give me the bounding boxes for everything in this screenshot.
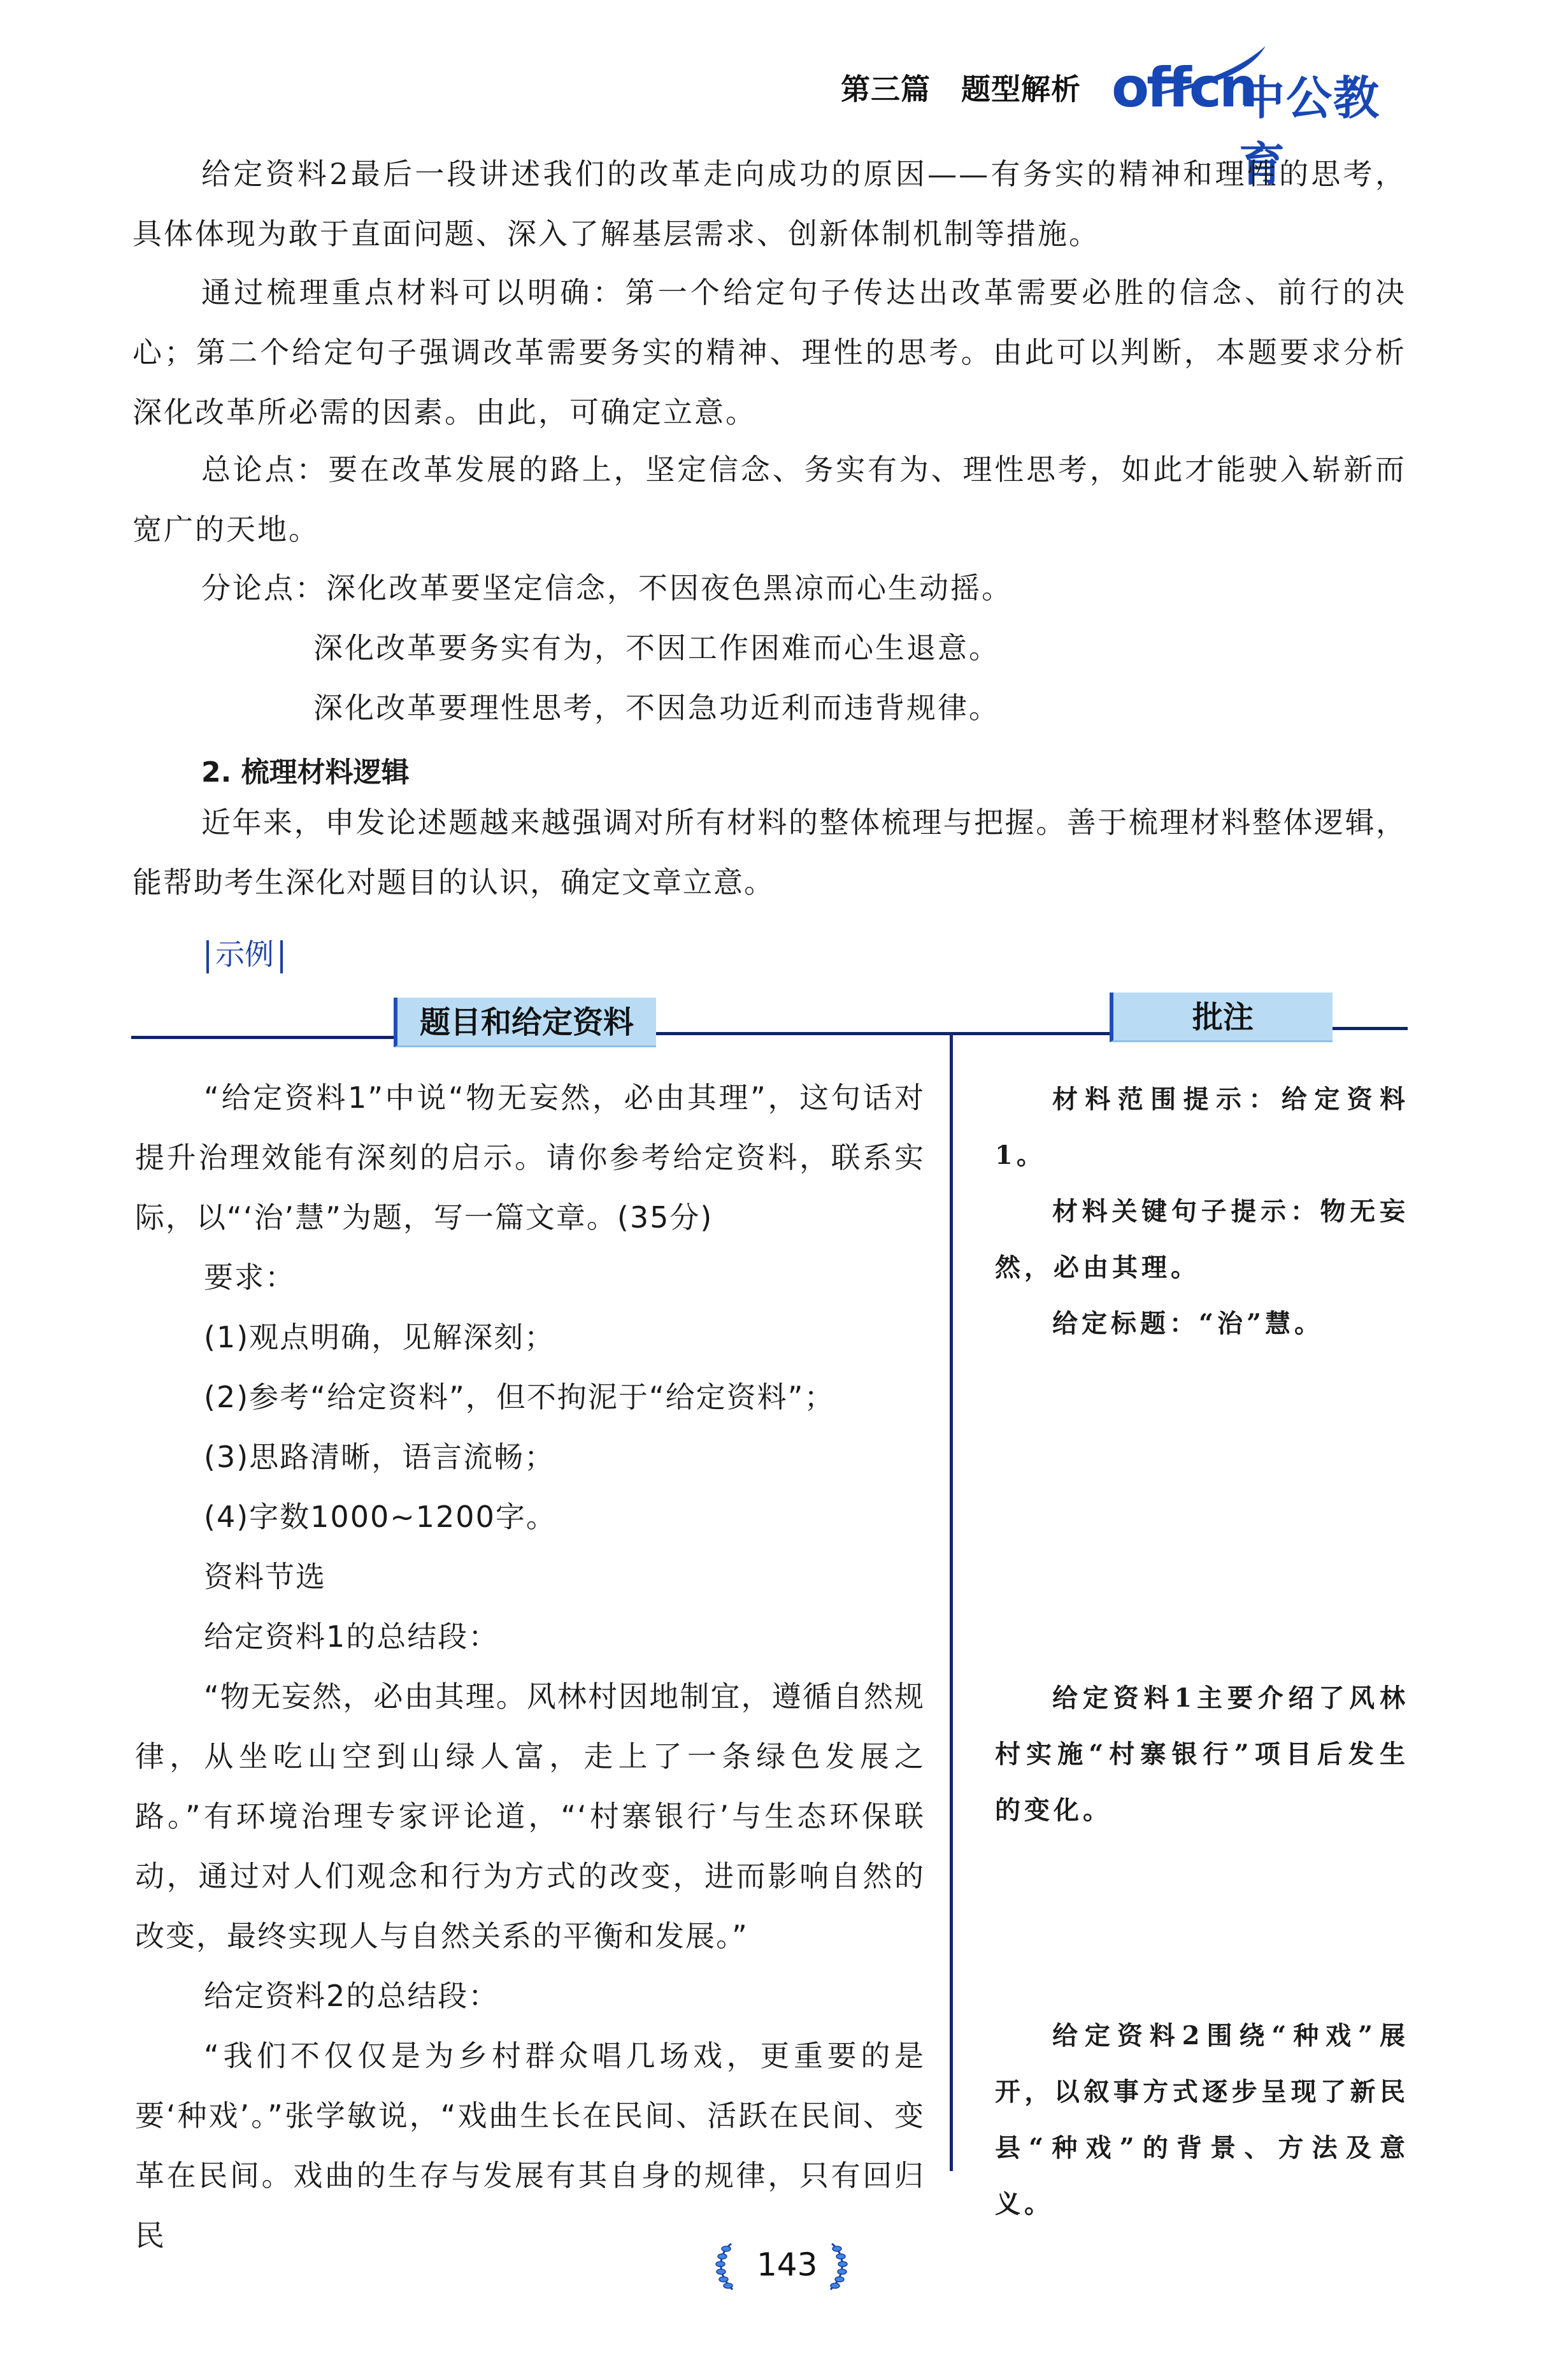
material-1-title: 给定资料1的总结段： [135,1607,925,1667]
header-rule-left [131,1036,394,1039]
column-divider [950,1032,953,2171]
requirements-title: 要求： [135,1247,925,1307]
section-label: 题型解析 [961,72,1081,106]
section-heading: 2. 梳理材料逻辑 [201,749,410,790]
example-label: 示例 [200,931,289,973]
main-thesis: 总论点：要在改革发展的路上，坚定信念、务实有为、理性思考，如此才能驶入崭新而宽广… [132,440,1406,559]
example-label-text: 示例 [215,937,274,971]
material-2-title: 给定资料2的总结段： [135,1966,925,2026]
material-2-text: “我们不仅仅是为乡村群众唱几场戏，更重要的是要‘种戏’。”张学敏说，“戏曲生长在… [135,2026,925,2265]
sub-point-2: 深化改革要务实有为，不因工作困难而心生退意。 [313,618,1000,678]
tab-annotation: 批注 [1110,993,1333,1042]
laurel-left-icon [712,2241,738,2292]
header-rule-middle [656,1032,1110,1035]
question-text: “给定资料1”中说“物无妄然，必由其理”，这句话对提升治理效能有深刻的启示。请你… [135,1068,925,2265]
note-material-2-text: 给定资料2围绕“种戏”展开，以叙事方式逐步呈现了新民县“种戏”的背景、方法及意义… [995,2008,1409,2232]
laurel-right-icon [826,2241,851,2292]
requirement-2: (2)参考“给定资料”，但不拘泥于“给定资料”； [135,1367,925,1427]
note-given-title: 给定标题：“治”慧。 [995,1296,1409,1352]
brand-latin: offcn [1111,56,1255,120]
note-material-1: 给定资料1主要介绍了风林村实施“村寨银行”项目后发生的变化。 [995,1670,1409,1839]
tab-material: 题目和给定资料 [394,998,656,1047]
brand-logo: offcn 中公教育 [1111,51,1404,121]
requirement-3: (3)思路清晰，语言流畅； [135,1427,925,1487]
annotation-group-1: 材料范围提示：给定资料1。 材料关键句子提示：物无妄然，必由其理。 给定标题：“… [995,1072,1409,1352]
label-bar-left [206,940,209,973]
note-material-scope: 材料范围提示：给定资料1。 [995,1072,1409,1184]
excerpt-title: 资料节选 [135,1547,925,1607]
intro-paragraph-2: 通过梳理重点材料可以明确：第一个给定句子传达出改革需要必胜的信念、前行的决心；第… [132,262,1406,442]
header-rule-right [1333,1027,1408,1030]
part-label: 第三篇 [841,72,931,106]
page-number: 143 [712,2241,852,2292]
page-number-text: 143 [757,2246,817,2283]
requirement-1: (1)观点明确，见解深刻； [135,1307,925,1367]
running-header: 第三篇题型解析 [841,66,1081,108]
label-bar-right [280,940,283,973]
material-1-text: “物无妄然，必由其理。风林村因地制宜，遵循自然规律，从坐吃山空到山绿人富，走上了… [135,1667,925,1966]
note-material-2: 给定资料2围绕“种戏”展开，以叙事方式逐步呈现了新民县“种戏”的背景、方法及意义… [995,2008,1409,2232]
sub-point-3: 深化改革要理性思考，不因急功近利而违背规律。 [313,678,1000,738]
sub-point-1: 分论点：深化改革要坚定信念，不因夜色黑凉而心生动摇。 [201,558,1013,618]
note-material-1-text: 给定资料1主要介绍了风林村实施“村寨银行”项目后发生的变化。 [995,1670,1409,1839]
question-prompt: “给定资料1”中说“物无妄然，必由其理”，这句话对提升治理效能有深刻的启示。请你… [135,1068,925,1247]
requirement-4: (4)字数1000~1200字。 [135,1487,925,1547]
intro-paragraph-1: 给定资料2最后一段讲述我们的改革走向成功的原因——有务实的精神和理性的思考，具体… [132,144,1406,264]
note-key-sentence: 材料关键句子提示：物无妄然，必由其理。 [995,1184,1409,1296]
section-body: 近年来，申发论述题越来越强调对所有材料的整体梳理与把握。善于梳理材料整体逻辑，能… [132,792,1406,912]
